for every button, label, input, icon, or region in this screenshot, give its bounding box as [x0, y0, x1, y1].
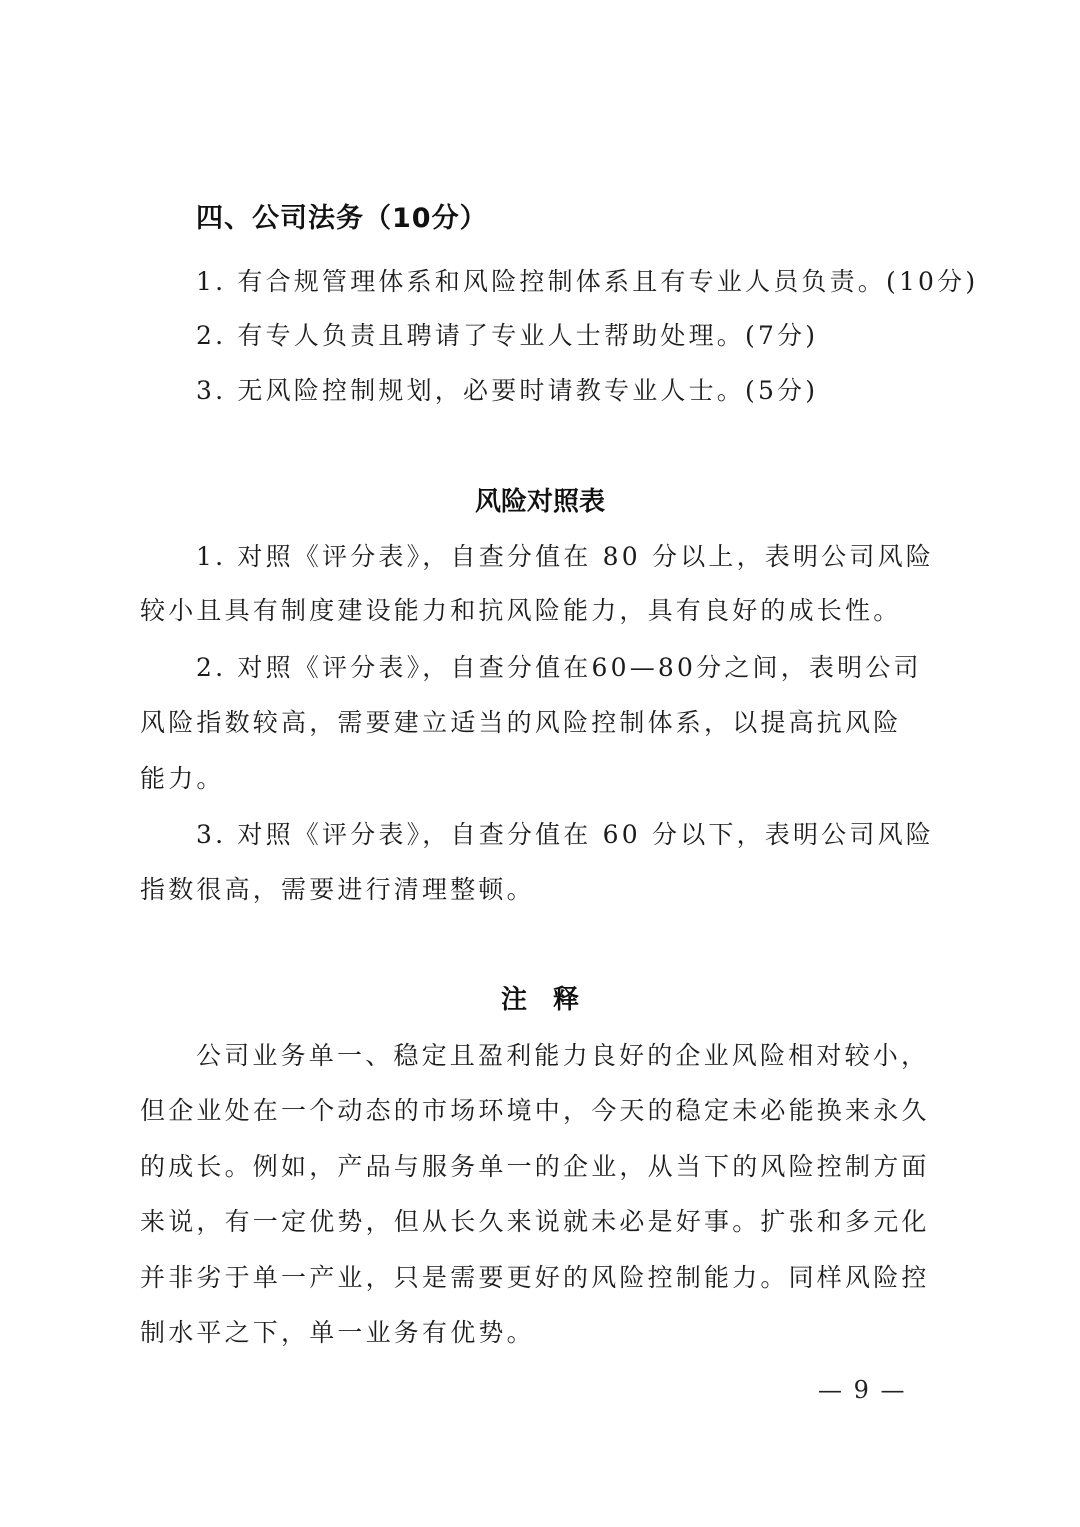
- notes-line-4: 来说，有一定优势，但从长久来说就未必是好事。扩张和多元化: [140, 1202, 930, 1238]
- section-heading-legal: 四、公司法务（10分）: [196, 196, 488, 235]
- legal-item-2: 2. 有专人负责且聘请了专业人士帮助处理。(7分): [196, 316, 818, 352]
- notes-line-2: 但企业处在一个动态的市场环境中，今天的稳定未必能换来永久: [140, 1091, 930, 1127]
- document-page: 四、公司法务（10分） 1. 有合规管理体系和风险控制体系且有专业人员负责。(1…: [0, 0, 1080, 1527]
- risk-line-6: 3. 对照《评分表》，自查分值在 60 分以下，表明公司风险: [196, 815, 934, 851]
- notes-line-1: 公司业务单一、稳定且盈利能力良好的企业风险相对较小，: [196, 1036, 929, 1072]
- notes-line-5: 并非劣于单一产业，只是需要更好的风险控制能力。同样风险控: [140, 1258, 930, 1294]
- notes-title: 注 释: [0, 979, 1080, 1016]
- risk-line-7: 指数很高，需要进行清理整顿。: [140, 870, 535, 906]
- notes-line-3: 的成长。例如，产品与服务单一的企业，从当下的风险控制方面: [140, 1147, 930, 1183]
- legal-item-3: 3. 无风险控制规划，必要时请教专业人士。(5分): [196, 371, 818, 407]
- risk-table-title: 风险对照表: [0, 481, 1080, 518]
- risk-line-1: 1. 对照《评分表》，自查分值在 80 分以上，表明公司风险: [196, 537, 934, 573]
- risk-line-5: 能力。: [140, 759, 225, 795]
- risk-line-4: 风险指数较高，需要建立适当的风险控制体系，以提高抗风险: [140, 703, 901, 739]
- risk-line-2: 较小且具有制度建设能力和抗风险能力，具有良好的成长性。: [140, 591, 901, 627]
- page-number: — 9 —: [818, 1376, 907, 1404]
- legal-item-1: 1. 有合规管理体系和风险控制体系且有专业人员负责。(10分): [196, 262, 978, 298]
- notes-line-6: 制水平之下，单一业务有优势。: [140, 1313, 535, 1349]
- risk-line-3: 2. 对照《评分表》，自查分值在60—80分之间，表明公司: [196, 648, 922, 684]
